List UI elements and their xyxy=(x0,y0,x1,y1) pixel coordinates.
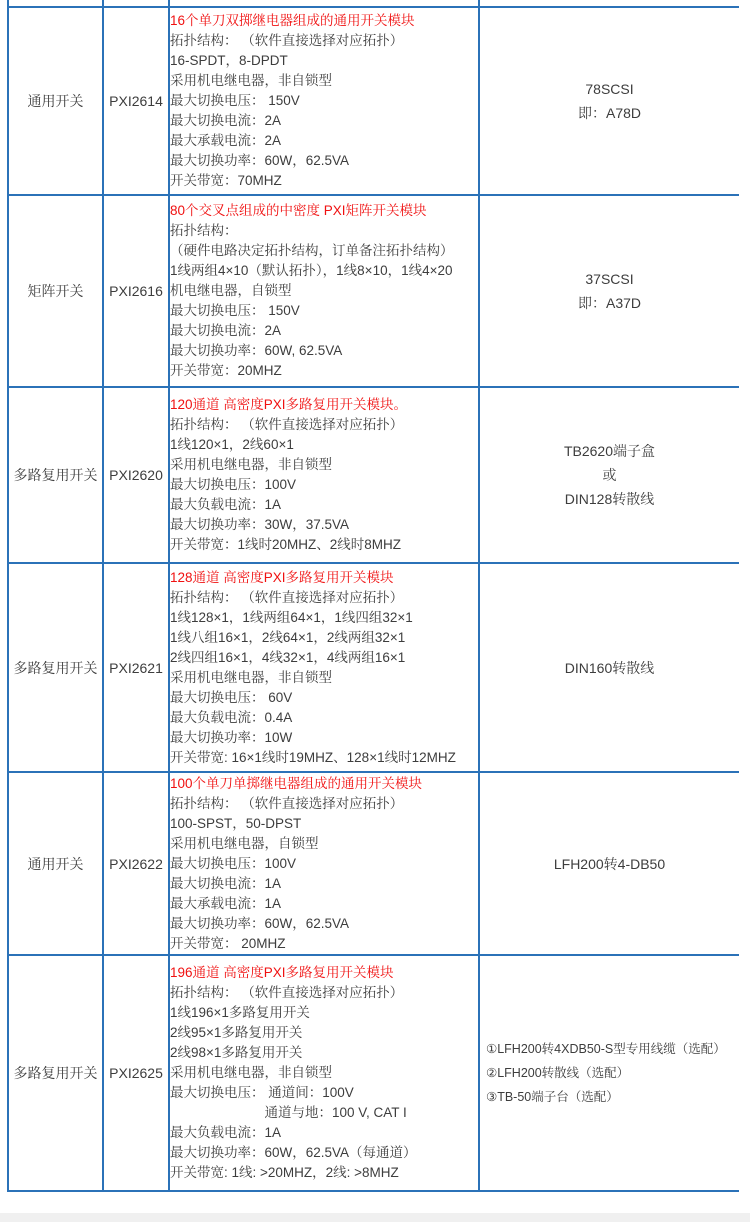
page-bottom-strip xyxy=(0,1213,750,1222)
spec-line: 采用机电继电器，非自锁型 xyxy=(170,1063,478,1083)
spec-line: 采用机电继电器，自锁型 xyxy=(170,834,478,854)
spec-line: 最大承载电流：2A xyxy=(170,131,478,151)
table-row: 多路复用开关PXI2620120通道 高密度PXI多路复用开关模块。拓扑结构： … xyxy=(8,387,739,563)
spec-line: 最大切换电压：100V xyxy=(170,475,478,495)
spec-line: 最大负载电流：0.4A xyxy=(170,708,478,728)
spec-line: 最大切换电压： 150V xyxy=(170,91,478,111)
accessory-cell: 78SCSI即：A78D xyxy=(479,7,739,195)
spec-line: 16-SPDT，8-DPDT xyxy=(170,51,478,71)
spec-line: 采用机电继电器，非自锁型 xyxy=(170,455,478,475)
spec-line: 拓扑结构： （软件直接选择对应拓扑） xyxy=(170,588,478,608)
table-row: 通用开关PXI261416个单刀双掷继电器组成的通用开关模块拓扑结构： （软件直… xyxy=(8,7,739,195)
spec-line: 2线四组16×1，4线32×1，4线两组16×1 xyxy=(170,648,478,668)
spec-line: 最大负载电流：1A xyxy=(170,495,478,515)
table-wrapper: 通用开关PXI261416个单刀双掷继电器组成的通用开关模块拓扑结构： （软件直… xyxy=(7,0,739,1192)
spec-line: 拓扑结构： （软件直接选择对应拓扑） xyxy=(170,983,478,1003)
category-cell: 通用开关 xyxy=(8,772,103,955)
spec-line: 1线196×1多路复用开关 xyxy=(170,1003,478,1023)
description-cell: 100个单刀单掷继电器组成的通用开关模块拓扑结构： （软件直接选择对应拓扑）10… xyxy=(169,772,479,955)
spec-line: 2线95×1多路复用开关 xyxy=(170,1023,478,1043)
accessory-line: ①LFH200转4XDB50-S型专用线缆（选配） xyxy=(486,1037,739,1061)
spec-line: 1线八组16×1，2线64×1，2线两组32×1 xyxy=(170,628,478,648)
category-cell: 通用开关 xyxy=(8,7,103,195)
spec-table-body: 通用开关PXI261416个单刀双掷继电器组成的通用开关模块拓扑结构： （软件直… xyxy=(8,0,739,1191)
spec-line: 通道与地：100 V, CAT I xyxy=(170,1103,478,1123)
module-title: 120通道 高密度PXI多路复用开关模块。 xyxy=(170,395,478,415)
table-row: 多路复用开关PXI2625196通道 高密度PXI多路复用开关模块拓扑结构： （… xyxy=(8,955,739,1191)
category-cell: 多路复用开关 xyxy=(8,387,103,563)
spec-line: 1线128×1，1线两组64×1，1线四组32×1 xyxy=(170,608,478,628)
table-row: 矩阵开关PXI261680个交叉点组成的中密度 PXI矩阵开关模块拓扑结构：（硬… xyxy=(8,195,739,387)
module-title: 80个交叉点组成的中密度 PXI矩阵开关模块 xyxy=(170,201,478,221)
description-cell: 196通道 高密度PXI多路复用开关模块拓扑结构： （软件直接选择对应拓扑）1线… xyxy=(169,955,479,1191)
accessory-line: ③TB-50端子台（选配） xyxy=(486,1085,739,1109)
spec-line: 最大切换功率：60W，62.5VA xyxy=(170,151,478,171)
spec-line: 最大切换电压： 150V xyxy=(170,301,478,321)
empty-cell xyxy=(169,0,479,7)
spec-line: 最大切换功率：30W，37.5VA xyxy=(170,515,478,535)
empty-cell xyxy=(479,0,739,7)
spec-line: 开关带宽： 20MHZ xyxy=(170,934,478,954)
spec-line: 最大切换电流：1A xyxy=(170,874,478,894)
description-cell: 128通道 高密度PXI多路复用开关模块拓扑结构： （软件直接选择对应拓扑）1线… xyxy=(169,563,479,772)
spec-line: 开关带宽：1线时20MHZ、2线时8MHZ xyxy=(170,535,478,555)
accessory-cell: DIN160转散线 xyxy=(479,563,739,772)
table-row-partial xyxy=(8,0,739,7)
spec-line: 1线120×1，2线60×1 xyxy=(170,435,478,455)
accessory-cell: LFH200转4-DB50 xyxy=(479,772,739,955)
model-cell: PXI2620 xyxy=(103,387,169,563)
spec-line: 拓扑结构： （软件直接选择对应拓扑） xyxy=(170,31,478,51)
accessory-line: 或 xyxy=(480,463,739,487)
description-cell: 120通道 高密度PXI多路复用开关模块。拓扑结构： （软件直接选择对应拓扑）1… xyxy=(169,387,479,563)
spec-line: 开关带宽：20MHZ xyxy=(170,361,478,381)
module-title: 128通道 高密度PXI多路复用开关模块 xyxy=(170,568,478,588)
model-cell: PXI2614 xyxy=(103,7,169,195)
accessory-cell: ①LFH200转4XDB50-S型专用线缆（选配）②LFH200转散线（选配）③… xyxy=(479,955,739,1191)
category-cell: 矩阵开关 xyxy=(8,195,103,387)
module-title: 100个单刀单掷继电器组成的通用开关模块 xyxy=(170,774,478,794)
accessory-line: DIN128转散线 xyxy=(480,487,739,511)
accessory-line: 即：A78D xyxy=(480,101,739,125)
spec-line: 最大切换电流：2A xyxy=(170,321,478,341)
spec-line: 最大承载电流：1A xyxy=(170,894,478,914)
spec-line: 最大切换电压：100V xyxy=(170,854,478,874)
category-cell: 多路复用开关 xyxy=(8,955,103,1191)
spec-line: 机电继电器，自锁型 xyxy=(170,281,478,301)
spec-line: 最大切换功率：60W, 62.5VA xyxy=(170,341,478,361)
accessory-line: 即：A37D xyxy=(480,291,739,315)
accessory-line: DIN160转散线 xyxy=(480,656,739,680)
module-title: 196通道 高密度PXI多路复用开关模块 xyxy=(170,963,478,983)
table-row: 多路复用开关PXI2621128通道 高密度PXI多路复用开关模块拓扑结构： （… xyxy=(8,563,739,772)
model-cell: PXI2616 xyxy=(103,195,169,387)
spec-line: 开关带宽：70MHZ xyxy=(170,171,478,191)
spec-line: 最大切换功率：10W xyxy=(170,728,478,748)
spec-line: 最大切换电压： 60V xyxy=(170,688,478,708)
spec-line: 采用机电继电器，非自锁型 xyxy=(170,71,478,91)
spec-line: 2线98×1多路复用开关 xyxy=(170,1043,478,1063)
empty-cell xyxy=(103,0,169,7)
spec-line: 最大负载电流：1A xyxy=(170,1123,478,1143)
accessory-cell: 37SCSI即：A37D xyxy=(479,195,739,387)
description-cell: 80个交叉点组成的中密度 PXI矩阵开关模块拓扑结构：（硬件电路决定拓扑结构，订… xyxy=(169,195,479,387)
accessory-line: 78SCSI xyxy=(480,77,739,101)
page: 通用开关PXI261416个单刀双掷继电器组成的通用开关模块拓扑结构： （软件直… xyxy=(0,0,750,1222)
spec-line: （硬件电路决定拓扑结构，订单备注拓扑结构） xyxy=(170,241,478,261)
accessory-line: 37SCSI xyxy=(480,267,739,291)
model-cell: PXI2621 xyxy=(103,563,169,772)
accessory-cell: TB2620端子盒或DIN128转散线 xyxy=(479,387,739,563)
spec-line: 拓扑结构： xyxy=(170,221,478,241)
model-cell: PXI2625 xyxy=(103,955,169,1191)
pxi-switch-module-table: 通用开关PXI261416个单刀双掷继电器组成的通用开关模块拓扑结构： （软件直… xyxy=(7,0,739,1192)
spec-line: 拓扑结构： （软件直接选择对应拓扑） xyxy=(170,415,478,435)
model-cell: PXI2622 xyxy=(103,772,169,955)
category-cell: 多路复用开关 xyxy=(8,563,103,772)
table-row: 通用开关PXI2622100个单刀单掷继电器组成的通用开关模块拓扑结构： （软件… xyxy=(8,772,739,955)
accessory-line: TB2620端子盒 xyxy=(480,439,739,463)
spec-line: 拓扑结构： （软件直接选择对应拓扑） xyxy=(170,794,478,814)
accessory-line: LFH200转4-DB50 xyxy=(480,852,739,876)
spec-line: 开关带宽: 1线: >20MHZ，2线: >8MHZ xyxy=(170,1163,478,1183)
spec-line: 100-SPST，50-DPST xyxy=(170,814,478,834)
empty-cell xyxy=(8,0,103,7)
description-cell: 16个单刀双掷继电器组成的通用开关模块拓扑结构： （软件直接选择对应拓扑）16-… xyxy=(169,7,479,195)
spec-line: 采用机电继电器，非自锁型 xyxy=(170,668,478,688)
spec-line: 最大切换功率：60W，62.5VA xyxy=(170,914,478,934)
module-title: 16个单刀双掷继电器组成的通用开关模块 xyxy=(170,11,478,31)
spec-line: 开关带宽: 16×1线时19MHZ、128×1线时12MHZ xyxy=(170,748,478,768)
spec-line: 最大切换电压： 通道间：100V xyxy=(170,1083,478,1103)
spec-line: 最大切换电流：2A xyxy=(170,111,478,131)
spec-line: 最大切换功率：60W，62.5VA（每通道） xyxy=(170,1143,478,1163)
accessory-line: ②LFH200转散线（选配） xyxy=(486,1061,739,1085)
spec-line: 1线两组4×10（默认拓扑），1线8×10，1线4×20 xyxy=(170,261,478,281)
